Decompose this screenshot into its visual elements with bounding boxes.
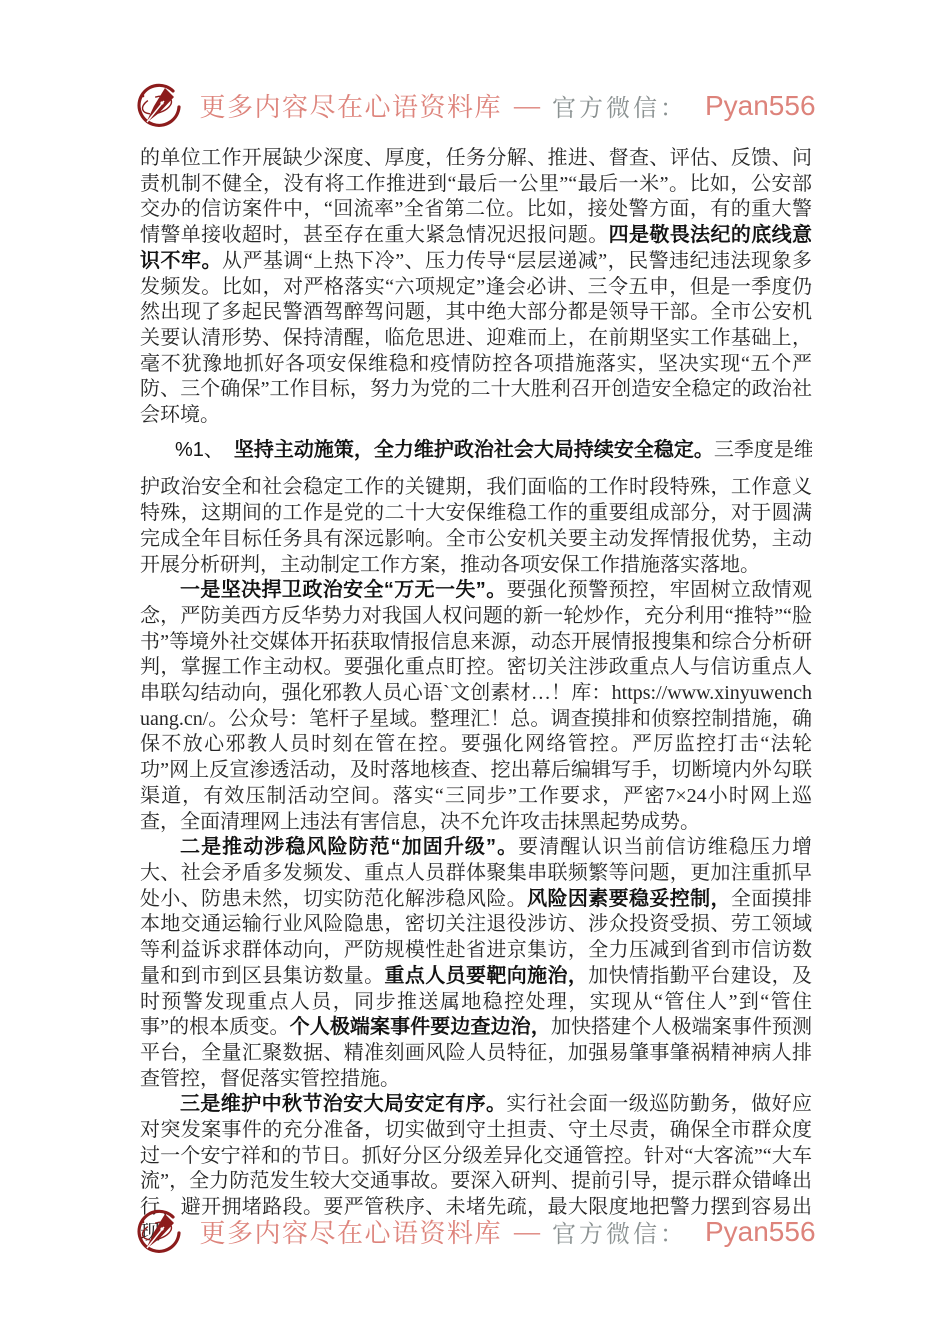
paragraph-numbered-heading: %1、坚持主动施策，全力维护政治社会大局持续安全稳定。三季度是维: [140, 438, 812, 464]
wechat-label: 官方微信：: [552, 88, 687, 123]
text-segment: 护政治安全和社会稳定工作的关键期，我们面临的工作时段特殊，工作意义特殊，这期间的…: [140, 476, 812, 575]
text-segment: 重点人员要靶向施治，: [385, 965, 589, 987]
header-watermark: 更多内容尽在心语资料库 — 官方微信： Pyan556: [0, 82, 950, 129]
separator-dash: —: [514, 1217, 540, 1247]
wechat-id: Pyan556: [705, 90, 816, 122]
text-segment: %1、: [175, 439, 234, 461]
footer-watermark: 更多内容尽在心语资料库 — 官方微信： Pyan556: [0, 1208, 950, 1255]
brand-text: 更多内容尽在心语资料库: [199, 87, 502, 124]
brand-text: 更多内容尽在心语资料库: [199, 1213, 502, 1250]
pen-nib-logo-icon: [134, 1208, 181, 1255]
separator-dash: —: [514, 91, 540, 121]
text-segment: 风险因素要稳妥控制，: [527, 888, 731, 910]
wechat-id: Pyan556: [705, 1216, 816, 1248]
text-segment: 三季度是维: [714, 439, 812, 461]
paragraph-second-point: 二是推动涉稳风险防范“加固升级”。要清醒认识当前信访维稳压力增大、社会矛盾多发频…: [140, 835, 812, 1092]
paragraph-continuation: 的单位工作开展缺少深度、厚度，任务分解、推进、督查、评估、反馈、问责机制不健全，…: [140, 146, 812, 429]
paragraph-heading-continuation: 护政治安全和社会稳定工作的关键期，我们面临的工作时段特殊，工作意义特殊，这期间的…: [140, 475, 812, 578]
text-segment: 要强化预警预控，牢固树立敌情观念，严防美西方反华势力对我国人权问题的新一轮炒作，…: [140, 579, 812, 832]
wechat-label: 官方微信：: [552, 1214, 687, 1249]
paragraph-first-point: 一是坚决捍卫政治安全“万无一失”。要强化预警预控，牢固树立敌情观念，严防美西方反…: [140, 578, 812, 835]
text-segment: 坚持主动施策，全力维护政治社会大局持续安全稳定。: [234, 439, 714, 461]
document-text: 的单位工作开展缺少深度、厚度，任务分解、推进、督查、评估、反馈、问责机制不健全，…: [140, 146, 812, 1247]
text-segment: 从严基调“上热下冷”、压力传导“层层递减”，民警违纪违法现象多发频发。比如，对严…: [140, 250, 812, 426]
text-segment: 三是维护中秋节治安大局安定有序。: [180, 1093, 506, 1115]
text-segment: 二是推动涉稳风险防范“加固升级”。: [180, 836, 518, 858]
text-segment: 一是坚决捍卫政治安全“万无一失”。: [180, 579, 507, 601]
text-segment: 个人极端案事件要边查边治，: [290, 1016, 551, 1038]
pen-nib-logo-icon: [134, 82, 181, 129]
